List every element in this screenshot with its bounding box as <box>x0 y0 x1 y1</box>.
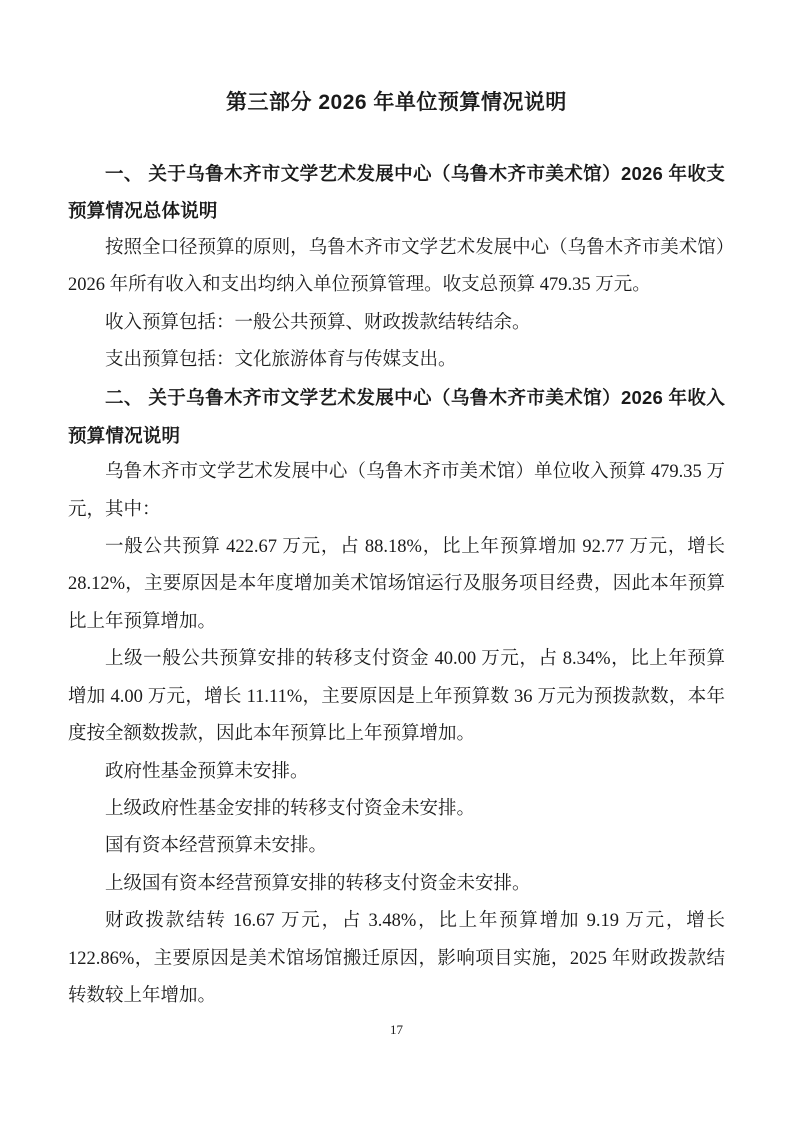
document-title: 第三部分 2026 年单位预算情况说明 <box>68 88 725 118</box>
paragraph-transfer-payment: 上级一般公共预算安排的转移支付资金 40.00 万元，占 8.34%，比上年预算… <box>68 641 725 753</box>
section-heading-income: 二、 关于乌鲁木齐市文学艺术发展中心（乌鲁木齐市美术馆）2026 年收入预算情况… <box>68 379 725 454</box>
document-body: 一、 关于乌鲁木齐市文学艺术发展中心（乌鲁木齐市美术馆）2026 年收支预算情况… <box>68 155 725 1015</box>
paragraph-expenditure-scope: 支出预算包括：文化旅游体育与传媒支出。 <box>68 342 725 379</box>
paragraph-state-capital-transfer: 上级国有资本经营预算安排的转移支付资金未安排。 <box>68 866 725 903</box>
paragraph-state-capital: 国有资本经营预算未安排。 <box>68 828 725 865</box>
paragraph-income-total: 乌鲁木齐市文学艺术发展中心（乌鲁木齐市美术馆）单位收入预算 479.35 万元，… <box>68 454 725 529</box>
paragraph-income-scope: 收入预算包括：一般公共预算、财政拨款结转结余。 <box>68 305 725 342</box>
paragraph-general-public-budget: 一般公共预算 422.67 万元，占 88.18%，比上年预算增加 92.77 … <box>68 529 725 641</box>
paragraph-gov-fund-transfer: 上级政府性基金安排的转移支付资金未安排。 <box>68 791 725 828</box>
paragraph-gov-fund: 政府性基金预算未安排。 <box>68 754 725 791</box>
section-heading-overview: 一、 关于乌鲁木齐市文学艺术发展中心（乌鲁木齐市美术馆）2026 年收支预算情况… <box>68 155 725 230</box>
paragraph-carryover-funds: 财政拨款结转 16.67 万元，占 3.48%，比上年预算增加 9.19 万元，… <box>68 903 725 1015</box>
paragraph-total-budget: 按照全口径预算的原则，乌鲁木齐市文学艺术发展中心（乌鲁木齐市美术馆）2026 年… <box>68 230 725 305</box>
document-page: 第三部分 2026 年单位预算情况说明 一、 关于乌鲁木齐市文学艺术发展中心（乌… <box>0 0 793 1122</box>
page-number: 17 <box>0 1022 793 1038</box>
